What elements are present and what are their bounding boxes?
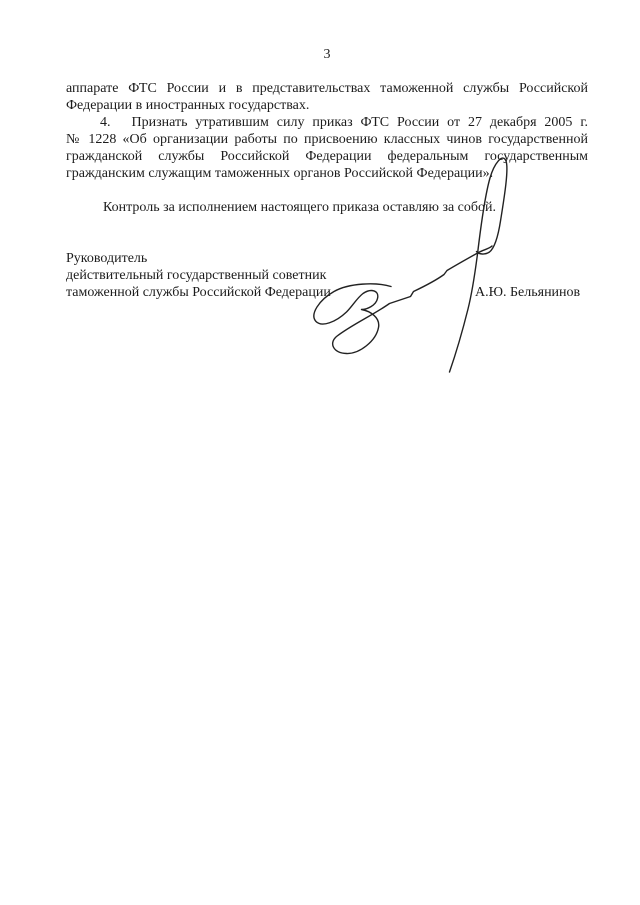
paragraph-line: аппарате ФТС России и в представительств… [66,80,588,97]
control-paragraph: Контроль за исполнением настоящего прика… [66,199,588,216]
item4-marker: 4. [100,115,111,130]
spacer [66,182,588,199]
spacer [66,63,588,80]
item4-first-line: 4.Признать утратившим силу приказ ФТС Ро… [66,114,588,131]
item4-text: Признать утратившим силу приказ ФТС Росс… [132,115,589,130]
document-page: 3 аппарате ФТС России и в представительс… [0,0,640,905]
paragraph-line: гражданской службы Российской Федерации … [66,148,588,165]
signer-title-text: таможенной службы Российской Федерации [66,285,331,300]
signer-title-line: Руководитель [66,250,588,267]
signer-title-line: действительный государственный советник [66,267,588,284]
paragraph-line: № 1228 «Об организации работы по присвое… [66,131,588,148]
paragraph-line: гражданским служащим таможенных органов … [66,165,588,182]
text-column: 3 аппарате ФТС России и в представительс… [66,46,588,301]
spacer [66,216,588,250]
paragraph-line: Федерации в иностранных государствах. [66,97,588,114]
signer-title-line: таможенной службы Российской ФедерацииА.… [66,284,588,301]
page-number: 3 [66,46,588,63]
signer-name: А.Ю. Бельянинов [475,284,580,301]
